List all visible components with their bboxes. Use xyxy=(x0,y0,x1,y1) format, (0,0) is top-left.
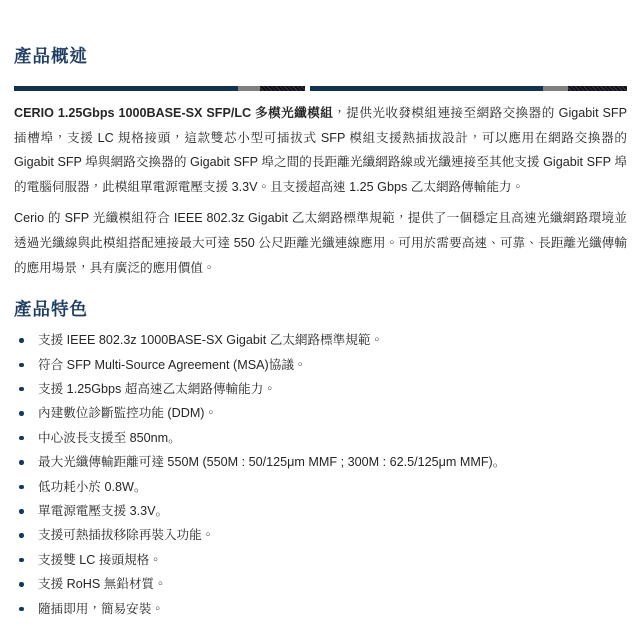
product-description-page: 產品概述 CERIO 1.25Gbps 1000BASE-SX SFP/LC 多… xyxy=(0,0,640,640)
feature-item: 內建數位診斷監控功能 (DDM)。 xyxy=(14,401,627,425)
divider-navy-segment xyxy=(14,86,238,91)
section-divider xyxy=(14,86,627,91)
features-heading: 產品特色 xyxy=(14,297,627,321)
feature-item: 支援雙 LC 接頭規格。 xyxy=(14,548,627,572)
divider-gray-segment xyxy=(238,86,260,91)
divider-pattern-segment xyxy=(568,86,627,91)
feature-item: 中心波長支援至 850nm。 xyxy=(14,426,627,450)
feature-list: 支援 IEEE 802.3z 1000BASE-SX Gigabit 乙太網路標… xyxy=(14,328,627,621)
overview-paragraph-1: CERIO 1.25Gbps 1000BASE-SX SFP/LC 多模光纖模組… xyxy=(14,101,627,199)
overview-heading: 產品概述 xyxy=(14,44,627,68)
divider-pattern-segment xyxy=(260,86,305,91)
feature-item: 單電源電壓支援 3.3V。 xyxy=(14,499,627,523)
divider-gray-segment xyxy=(543,86,568,91)
divider-navy-segment xyxy=(310,86,543,91)
feature-item: 支援 1.25Gbps 超高速乙太網路傳輸能力。 xyxy=(14,377,627,401)
feature-item: 符合 SFP Multi-Source Agreement (MSA)協議。 xyxy=(14,353,627,377)
feature-item: 最大光纖傳輸距離可達 550M (550M : 50/125μm MMF ; 3… xyxy=(14,450,627,474)
feature-item: 隨插即用，簡易安裝。 xyxy=(14,597,627,621)
feature-item: 支援可熱插拔移除再裝入功能。 xyxy=(14,523,627,547)
product-name-lead: CERIO 1.25Gbps 1000BASE-SX SFP/LC 多模光纖模組 xyxy=(14,106,333,120)
feature-item: 支援 RoHS 無鉛材質。 xyxy=(14,572,627,596)
feature-item: 支援 IEEE 802.3z 1000BASE-SX Gigabit 乙太網路標… xyxy=(14,328,627,352)
feature-item: 低功耗小於 0.8W。 xyxy=(14,475,627,499)
overview-paragraph-2: Cerio 的 SFP 光纖模組符合 IEEE 802.3z Gigabit 乙… xyxy=(14,206,627,280)
